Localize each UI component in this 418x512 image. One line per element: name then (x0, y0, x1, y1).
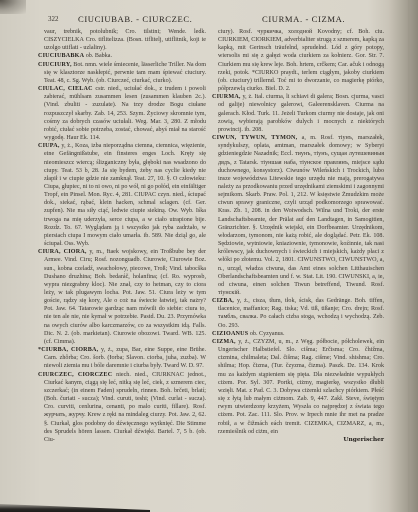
entry-headword: CIULAC, CIELAC (38, 86, 93, 92)
left-column: vaur, trebnik, potolubnik; Cro. tilstini… (38, 28, 206, 444)
entry-headword: *CIURBA, CIORBA, (38, 347, 98, 353)
dictionary-entry: CIUPA, y, ż., Koza, izba nieporządna cie… (38, 142, 206, 248)
page-gutter (408, 0, 410, 512)
entry-text: y, ż., cisza, tłum, tłok, ścisk, das Ged… (218, 298, 384, 328)
dictionary-entry: CIUCIUBABKA ob. Babka. (38, 52, 206, 60)
dictionary-entry: ciury). Rosf. чуркичка, холодной Kovodny… (212, 28, 384, 93)
entry-text: y, ż., Koza, izba nieporządna ciemna, ci… (44, 143, 206, 247)
scanned-page: 322 CIUCIUBAB. - CIURCZEC. CIURMA. - CIZ… (0, 0, 418, 512)
entry-text: y, ż., CZYZM, u, m., z Węg. półbocie, pó… (218, 339, 384, 435)
running-head-left: CIUCIUBAB. - CIURCZEC. (78, 14, 192, 24)
page-corner-shadow (0, 0, 26, 14)
entry-text: ciury). Rosf. чуркичка, холодной Kovodny… (218, 29, 384, 92)
entry-text: niech. nied., CIURKNAC jednot., Ciurkać … (44, 372, 206, 443)
entry-text: ob. Cyzyanus. (250, 331, 285, 337)
entry-text: a, m. Rosf. тiунъ, marszałek, syndykulsz… (218, 135, 384, 296)
entry-text: ob. Babka. (86, 53, 112, 59)
entry-headword: CIWUN, TYWUN, TYMON, (212, 135, 297, 141)
entry-headword: CIUPA, (38, 143, 60, 149)
entry-text: y, ż. Ital. ciurma, li schiavi di galera… (218, 94, 384, 133)
entry-headword: CIURCZEC, CIORCZEC (38, 372, 112, 378)
entry-headword: CIUCIURY, (38, 62, 72, 68)
entry-headword: CIZMA, (212, 339, 236, 345)
right-column: ciury). Rosf. чуркичка, холодной Kovodny… (212, 28, 384, 444)
catchword: Ungerischer (212, 436, 384, 444)
catchword-text: Ungerischer (218, 436, 384, 444)
entry-text: y, m., Ɨtaek wojskowy, ein Troßbube bey … (44, 249, 206, 345)
page-number: 322 (48, 15, 59, 23)
entry-headword: CIZIOANUS (212, 331, 248, 337)
entry-text: vaur, trebnik, potolubnik; Cro. tilstini… (44, 29, 206, 51)
entry-headword: CIURA, CIORA, (38, 249, 87, 255)
entry-headword: CIZBA, (212, 298, 234, 304)
entry-headword: CIURMA, (212, 94, 241, 100)
dictionary-entry: CIULAC, CIELAC cstr. nied., uciułać dok.… (38, 85, 206, 142)
dictionary-entry: CIURA, CIORA, y, m., Ɨtaek wojskowy, ein… (38, 248, 206, 346)
dictionary-entry: CIZIOANUS ob. Cyzyanus. (212, 330, 384, 338)
dictionary-entry: *CIURBA, CIORBA, y, ż., zupa, Bar, eine … (38, 346, 206, 370)
entry-headword: CIUCIUBABKA (38, 53, 84, 59)
dictionary-entry: CIURCZEC, CIORCZEC niech. nied., CIURKNA… (38, 371, 206, 444)
dictionary-entry: vaur, trebnik, potolubnik; Cro. tilstini… (38, 28, 206, 52)
entry-text: cstr. nied., uciułać dok., z trudem i po… (44, 86, 206, 141)
dictionary-entry: CIZBA, y, ż., cisza, tłum, tłok, ścisk, … (212, 297, 384, 330)
page-bottom-shadow (0, 502, 150, 512)
running-head-right: CIURMA. - CIZMA. (262, 14, 345, 24)
dictionary-entry: CIUCIURY, Bot. nmn. wiele śmiecenie, läs… (38, 61, 206, 85)
dictionary-entry: CIURMA, y, ż. Ital. ciurma, li schiavi d… (212, 93, 384, 134)
dictionary-entry: CIZMA, y, ż., CZYZM, u, m., z Węg. półbo… (212, 338, 384, 436)
dictionary-entry: CIWUN, TYWUN, TYMON, a, m. Rosf. тiунъ, … (212, 134, 384, 297)
